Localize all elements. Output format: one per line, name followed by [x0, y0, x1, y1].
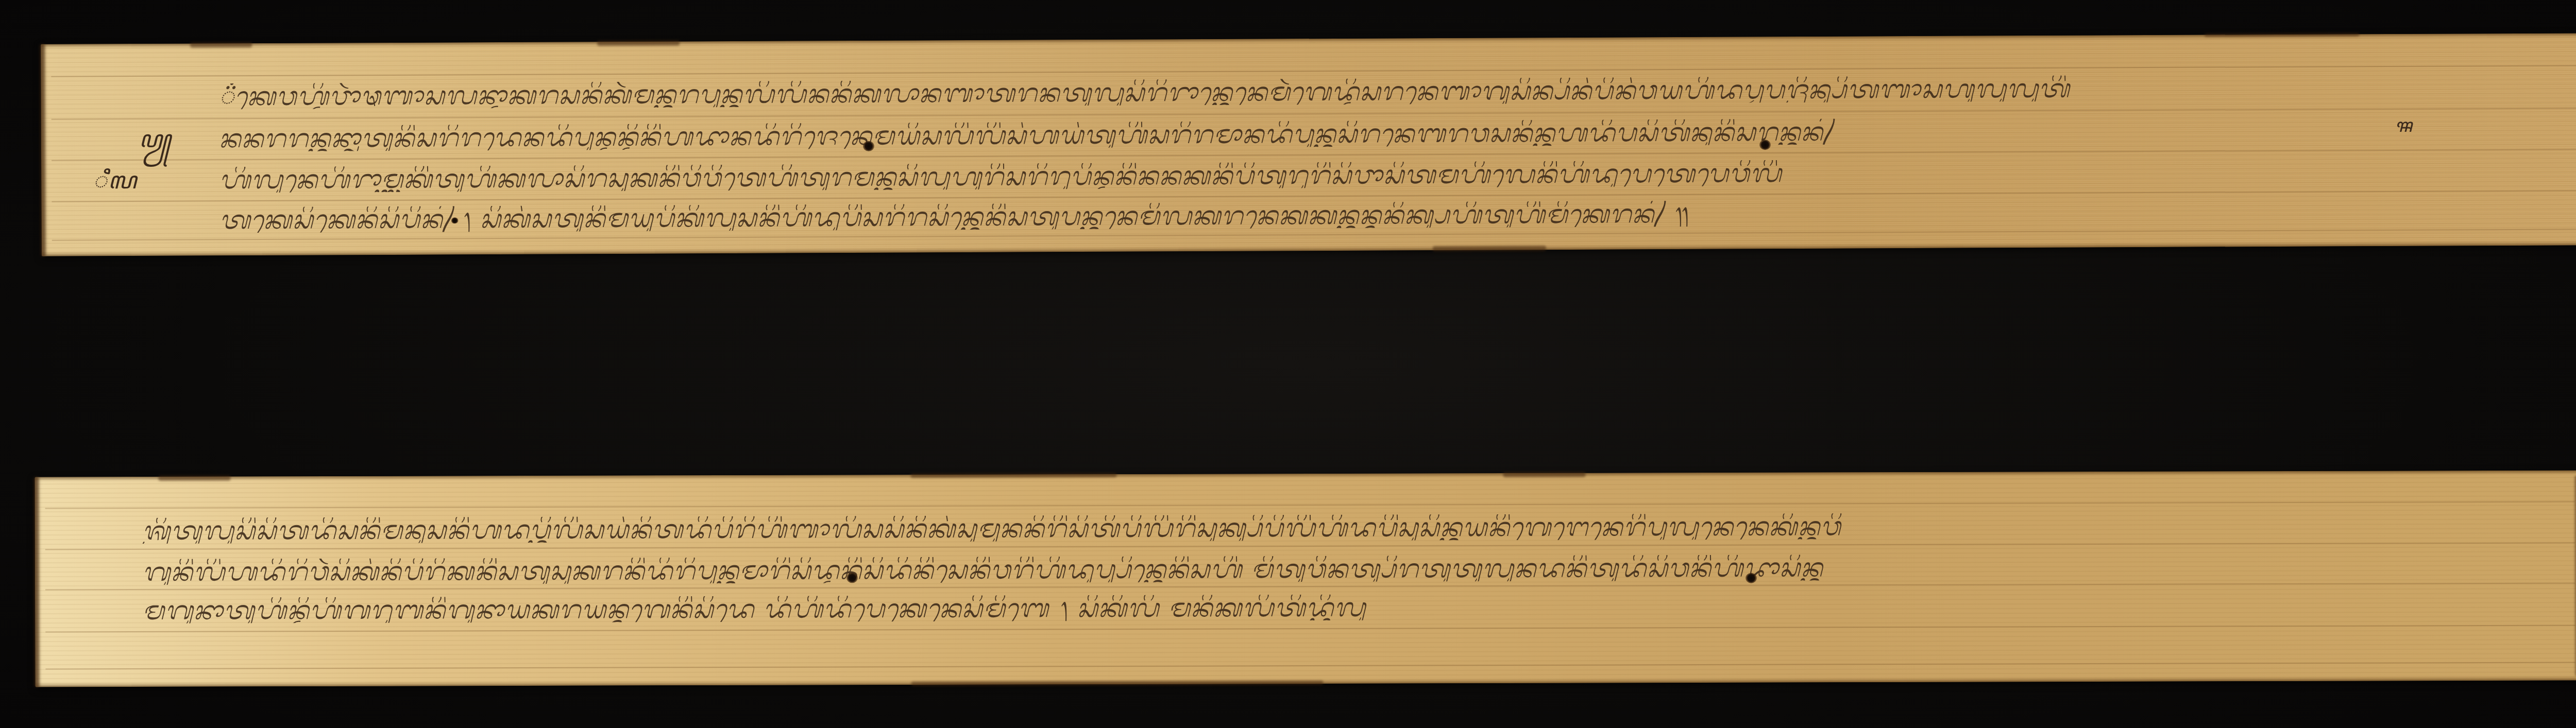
- script-line-2: ᬦᬦᬭᬭᬦ᭄ᬢᬸᬦ᭄ᬦᬵᬢᬸᬦᬶᬂᬲᬭᬶᬭᬤᬾᬦᬤᬶᬧᬸᬦ᭄ᬤᬦ᭄ᬤᬶᬦᬶᬂᬳᬤ…: [219, 116, 2383, 151]
- folio-number-upper: ꦥꦾ: [139, 121, 172, 169]
- ruling-line: [45, 625, 2575, 633]
- edge-damage: [158, 475, 230, 480]
- folio-number-lower: ꦶꦭ: [93, 162, 138, 211]
- palm-leaf-folio-bottom: ᬰ᭄ᬭᬶᬢᬸᬮᬸᬲᬶᬂᬲᬶᬢᬤᬶᬲᬦᬶᬂᬫᬦᬸᬲᬦᬶᬂᬳᬤᬧ᭄ᬢᬶᬮᬶᬂᬲᬬᬂᬦ…: [35, 471, 2576, 687]
- script-text: ᬕᬸᬦᬶᬂᬮᬶᬂᬳᬤᬶᬭᬶᬯᬃᬲᬶᬓᬂᬦᬶᬧᬶᬭᬶᬓᬦᬶᬂᬲᬢᬸᬲᬸᬓᬭᬦᬶᬂᬤ…: [142, 554, 1823, 585]
- script-line-3: ᬫᬕᬸᬦᬵᬢᬸᬳᬶᬦ᭄ᬤᬶᬳᬶᬕᬭᬸᬩᬦᬶᬂᬕᬸᬦᬵᬬᬓᬭᬬᬦ᭄ᬫᬕᬾᬦᬶᬂᬲᬶ…: [142, 593, 1842, 623]
- palm-leaf-folio-top: ꦥꦾ ꦶꦭ ꦯ ᬴ᬓᬾᬯᬳ᭄ᬤᬶᬯᬵᬃᬣᬩᬵᬲᬮᬦ᭄ᬤᬵᬓᬭᬲᬦᬶᬓᬃᬫᬦ᭄ᬢᬭ…: [41, 33, 2576, 256]
- edge-damage: [910, 473, 1116, 478]
- script-line-3: ᬳᬶᬮᬸᬦᬾᬳᬶᬭᬵᬫ᭄ᬩᬸᬓᬶᬂᬢᬸᬳᬶᬓᬮᬵᬲᬶᬭᬲᬸᬓᬦᬶᬂᬯᬶᬯᬶᬢᬾᬳ…: [219, 158, 2383, 193]
- string-hole-left: [863, 141, 874, 151]
- script-line-1: ᬴ᬓᬾᬯᬳ᭄ᬤᬶᬯᬵᬃᬣᬩᬵᬲᬮᬦ᭄ᬤᬵᬓᬭᬲᬦᬶᬓᬃᬫᬦ᭄ᬢᬭᬧᬸᬦ᭄ᬢᬸᬮᬶ…: [218, 75, 2279, 109]
- script-line-4: ᬢᬓᬾᬲᬶᬓᬾᬦᬶᬲᬶᬧᬶᬦ᭄ ᭞ ᬲᬶᬓᬂᬲᬢᬸᬦᬶᬂᬫᬬᬸᬧᬶᬓᬶᬮᬸᬲᬦᬶ…: [219, 200, 1868, 233]
- edge-damage: [1503, 472, 1585, 477]
- string-hole-right: [1759, 140, 1771, 150]
- edge-damage: [190, 42, 252, 48]
- edge-damage: [1433, 246, 1546, 251]
- script-line-1: ᬰ᭄ᬭᬶᬢᬸᬮᬸᬲᬶᬂᬲᬶᬢᬤᬶᬲᬦᬶᬂᬫᬦᬸᬲᬦᬶᬂᬳᬤᬧ᭄ᬢᬶᬮᬶᬂᬲᬬᬂᬦ…: [142, 512, 2425, 544]
- edge-damage: [2205, 33, 2359, 37]
- script-text: ᬫᬕᬸᬦᬵᬢᬸᬳᬶᬦ᭄ᬤᬶᬳᬶᬕᬭᬸᬩᬦᬶᬂᬕᬸᬦᬵᬬᬓᬭᬬᬦ᭄ᬫᬕᬾᬦᬶᬂᬲᬶ…: [142, 595, 1366, 623]
- ruling-line: [52, 190, 2576, 202]
- ruling-line: [45, 501, 2575, 509]
- script-text: ᬴ᬓᬾᬯᬳ᭄ᬤᬶᬯᬵᬃᬣᬩᬵᬲᬮᬦ᭄ᬤᬵᬓᬭᬲᬦᬶᬓᬃᬫᬦ᭄ᬢᬭᬧᬸᬦ᭄ᬢᬸᬮᬶ…: [218, 76, 2070, 110]
- edge-damage: [597, 40, 680, 46]
- script-text: ᬳᬶᬮᬸᬦᬾᬳᬶᬭᬵᬫ᭄ᬩᬸᬓᬶᬂᬢᬸᬳᬶᬓᬮᬵᬲᬶᬭᬲᬸᬓᬦᬶᬂᬯᬶᬯᬶᬢᬾᬳ…: [219, 160, 1782, 193]
- script-text: ᬦᬦᬭᬭᬦ᭄ᬢᬸᬦ᭄ᬦᬵᬢᬸᬦᬶᬂᬲᬭᬶᬭᬤᬾᬦᬤᬶᬧᬸᬦ᭄ᬤᬦ᭄ᬤᬶᬦᬶᬂᬳᬤ…: [219, 119, 1833, 152]
- string-hole-right: [1745, 573, 1757, 583]
- script-text: ᬰ᭄ᬭᬶᬢᬸᬮᬸᬲᬶᬂᬲᬶᬢᬤᬶᬲᬦᬶᬂᬫᬦᬸᬲᬦᬶᬂᬳᬤᬧ᭄ᬢᬶᬮᬶᬂᬲᬬᬂᬦ…: [142, 513, 1841, 544]
- small-hole: [451, 217, 459, 223]
- edge-damage: [911, 681, 1324, 686]
- ruling-line: [45, 662, 2575, 670]
- edge-damage: [33, 477, 39, 687]
- edge-damage: [40, 44, 46, 256]
- script-text: ᬢᬓᬾᬲᬶᬓᬾᬦᬶᬲᬶᬧᬶᬦ᭄ ᭞ ᬲᬶᬓᬂᬲᬢᬸᬦᬶᬂᬫᬬᬸᬧᬶᬓᬶᬮᬸᬲᬦᬶ…: [219, 201, 1689, 233]
- photo-scene: ꦥꦾ ꦶꦭ ꦯ ᬴ᬓᬾᬯᬳ᭄ᬤᬶᬯᬵᬃᬣᬩᬵᬲᬮᬦ᭄ᬤᬵᬓᬭᬲᬦᬶᬓᬃᬫᬦ᭄ᬢᬭ…: [0, 0, 2576, 728]
- margin-mark: ꦯ: [2395, 111, 2413, 149]
- script-line-2: ᬕᬸᬦᬶᬂᬮᬶᬂᬳᬤᬶᬭᬶᬯᬃᬲᬶᬓᬂᬦᬶᬧᬶᬭᬶᬓᬦᬶᬂᬲᬢᬸᬲᬸᬓᬭᬦᬶᬂᬤ…: [142, 553, 2425, 585]
- string-hole-left: [846, 573, 858, 583]
- ruling-line: [45, 543, 2575, 550]
